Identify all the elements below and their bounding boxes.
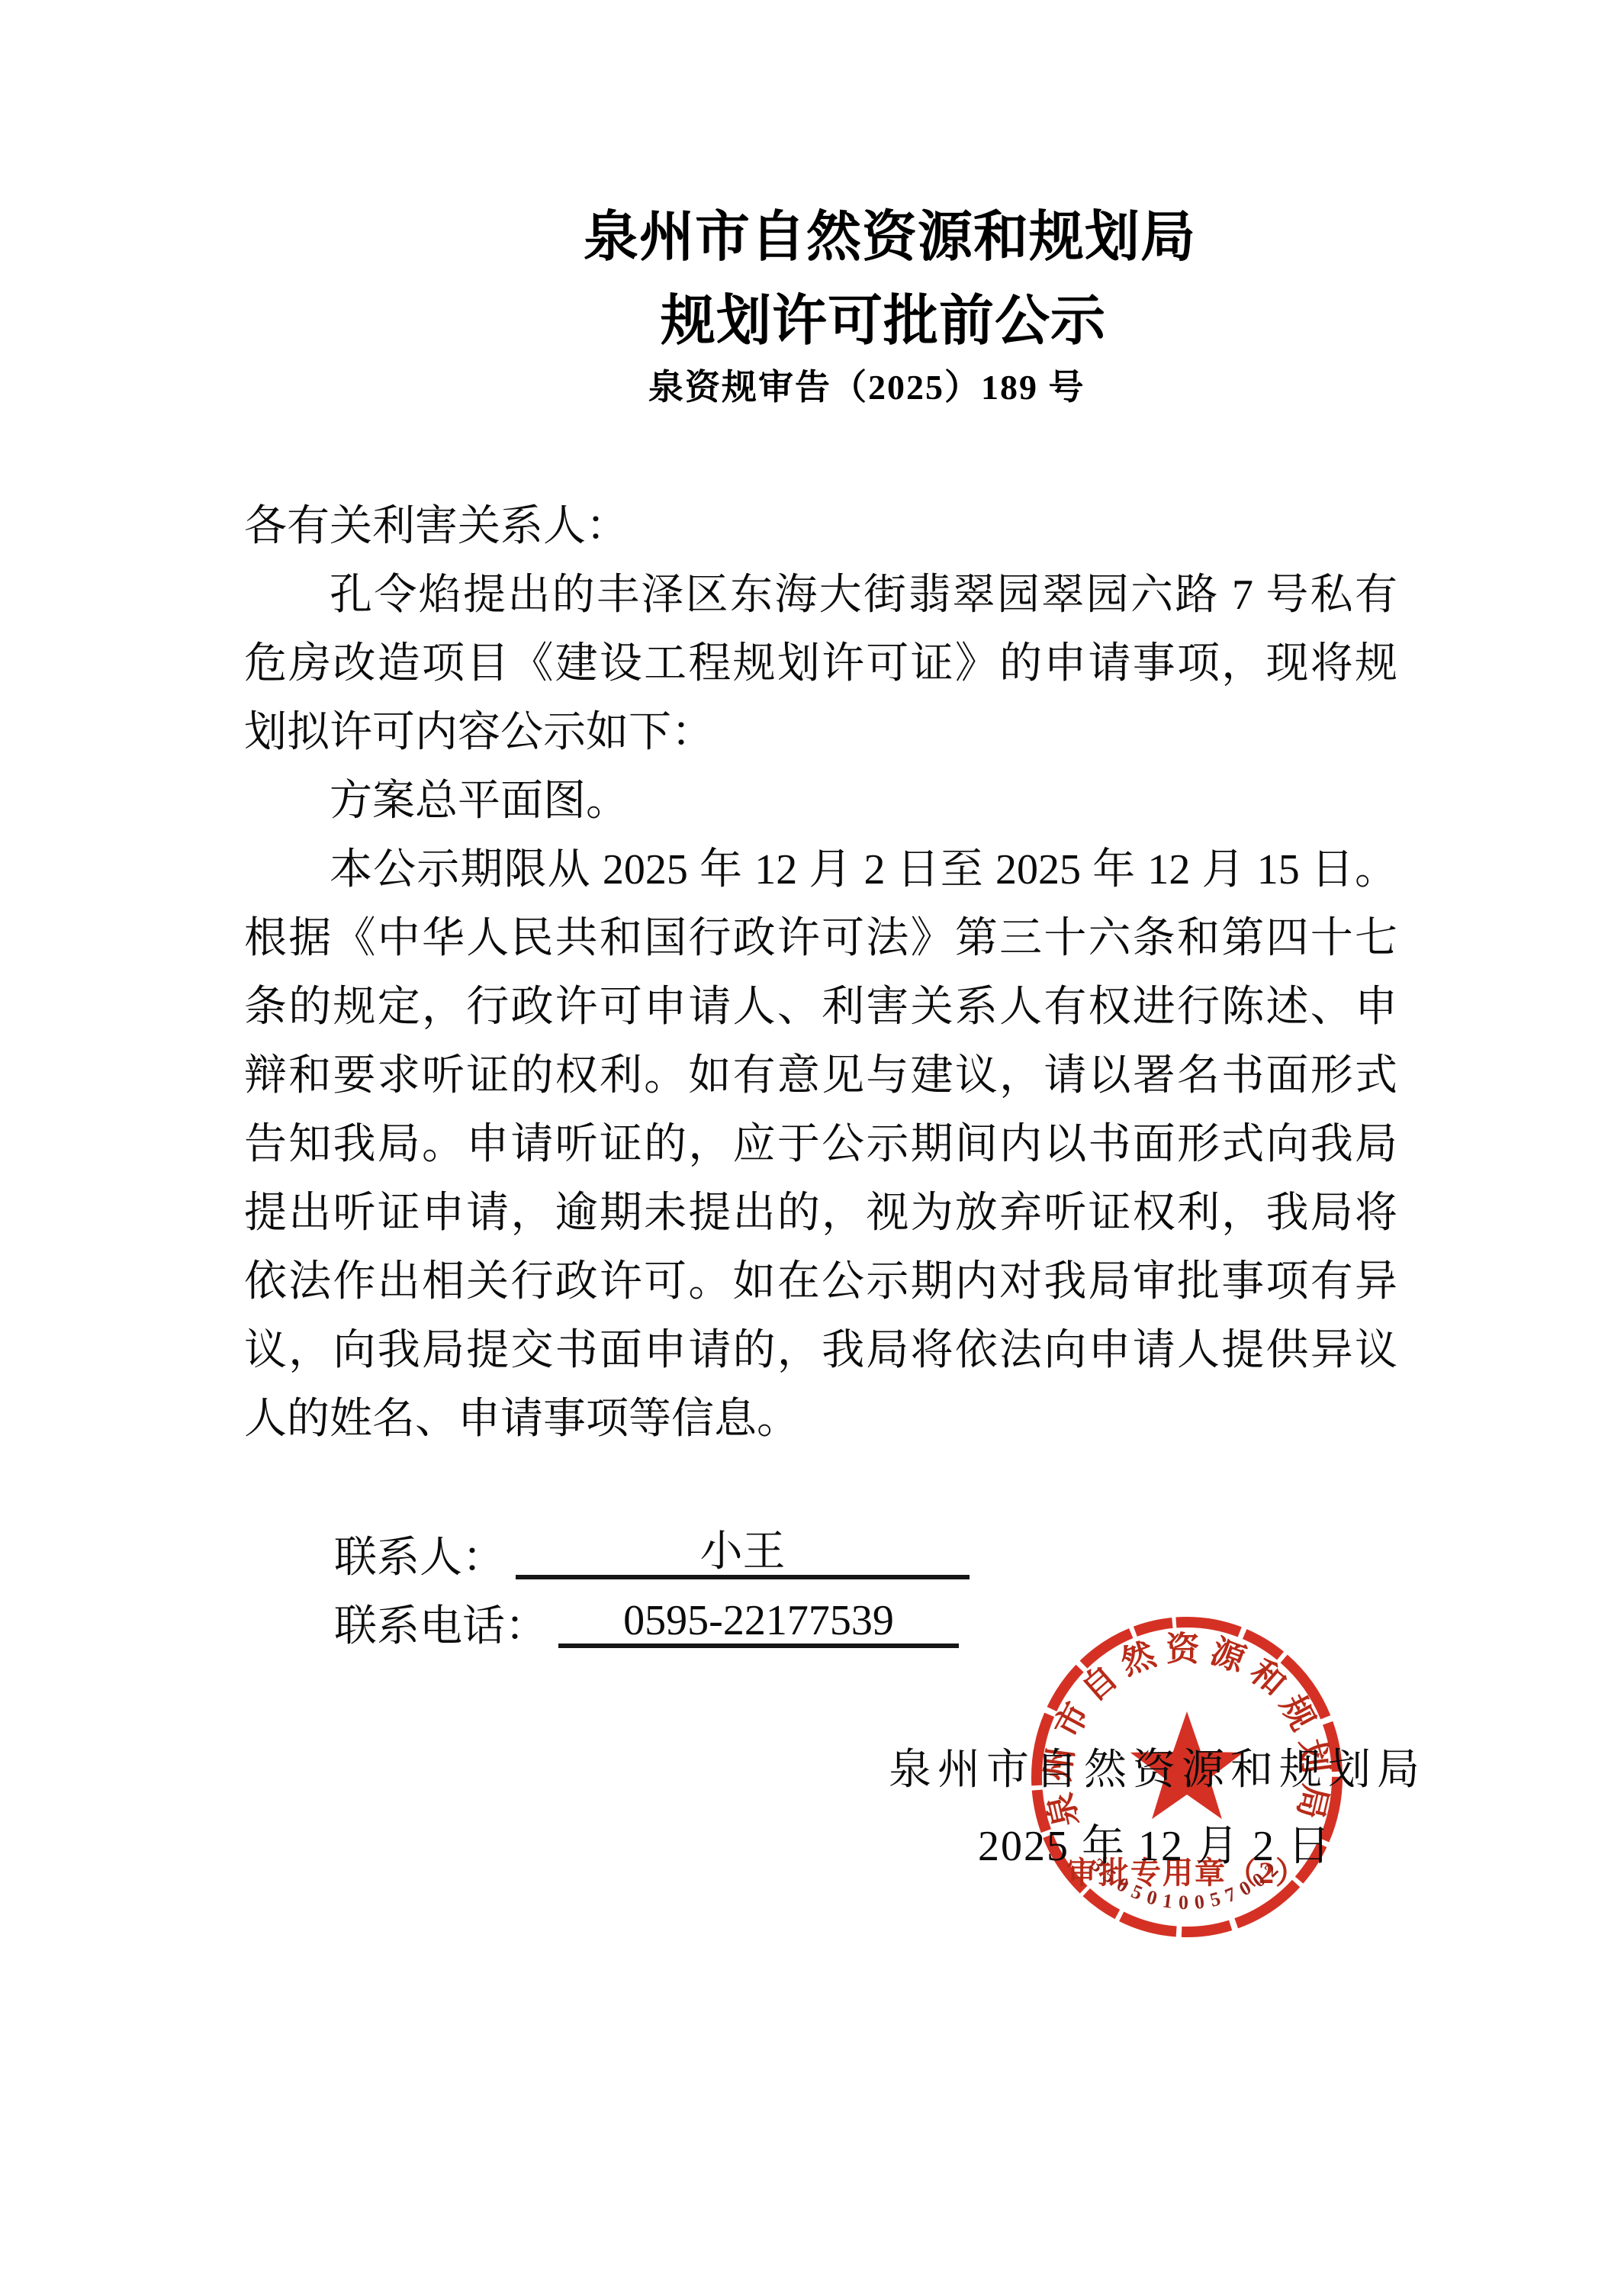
body-line: 划拟许可内容公示如下： (244, 698, 1397, 767)
contact-person-value: 小王 (700, 1528, 786, 1576)
body-line: 议，向我局提交书面申请的，我局将依法向申请人提供异议 (244, 1316, 1397, 1385)
body-line: 孔令焰提出的丰泽区东海大街翡翠园翠园六路 7 号私有 (244, 561, 1397, 629)
body-line: 依法作出相关行政许可。如在公示期内对我局审批事项有异 (244, 1248, 1397, 1316)
body-line: 方案总平面图。 (244, 767, 1397, 835)
body-line: 提出听证申请，逾期未提出的，视为放弃听证权利，我局将 (244, 1179, 1397, 1248)
contact-phone-underline: 0595-22177539 (558, 1599, 959, 1648)
document-page: 泉州市自然资源和规划局 规划许可批前公示 泉资规审告（2025）189 号 各有… (0, 0, 1624, 2289)
contact-person-row: 联系人：小王 (334, 1531, 970, 1579)
body-line: 危房改造项目《建设工程规划许可证》的申请事项，现将规 (244, 629, 1397, 698)
contact-phone-label: 联系电话： (334, 1603, 548, 1650)
contact-phone-value: 0595-22177539 (623, 1597, 894, 1644)
body-line: 根据《中华人民共和国行政许可法》第三十六条和第四十七 (244, 904, 1397, 973)
contact-person-underline: 小王 (516, 1531, 970, 1579)
signature-date: 2025 年 12 月 2 日 (978, 1824, 1332, 1869)
body-line: 人的姓名、申请事项等信息。 (244, 1385, 1397, 1454)
document-title-line2: 规划许可批前公示 (661, 291, 1106, 351)
body-line: 条的规定，行政许可申请人、利害关系人有权进行陈述、申 (244, 973, 1397, 1041)
contact-person-label: 联系人： (334, 1534, 505, 1582)
body-line: 本公示期限从 2025 年 12 月 2 日至 2025 年 12 月 15 日… (244, 835, 1397, 904)
contact-phone-row: 联系电话：0595-22177539 (334, 1599, 959, 1648)
body-line: 告知我局。申请听证的，应于公示期间内以书面形式向我局 (244, 1110, 1397, 1179)
body-line-salutation: 各有关利害关系人： (244, 492, 1397, 561)
body-text: 各有关利害关系人： 孔令焰提出的丰泽区东海大街翡翠园翠园六路 7 号私有 危房改… (244, 492, 1397, 1454)
signature-org: 泉州市自然资源和规划局 (889, 1747, 1426, 1793)
document-number: 泉资规审告（2025）189 号 (648, 368, 1085, 407)
document-title-line1: 泉州市自然资源和规划局 (584, 208, 1196, 267)
body-line: 辩和要求听证的权利。如有意见与建议，请以署名书面形式 (244, 1041, 1397, 1110)
